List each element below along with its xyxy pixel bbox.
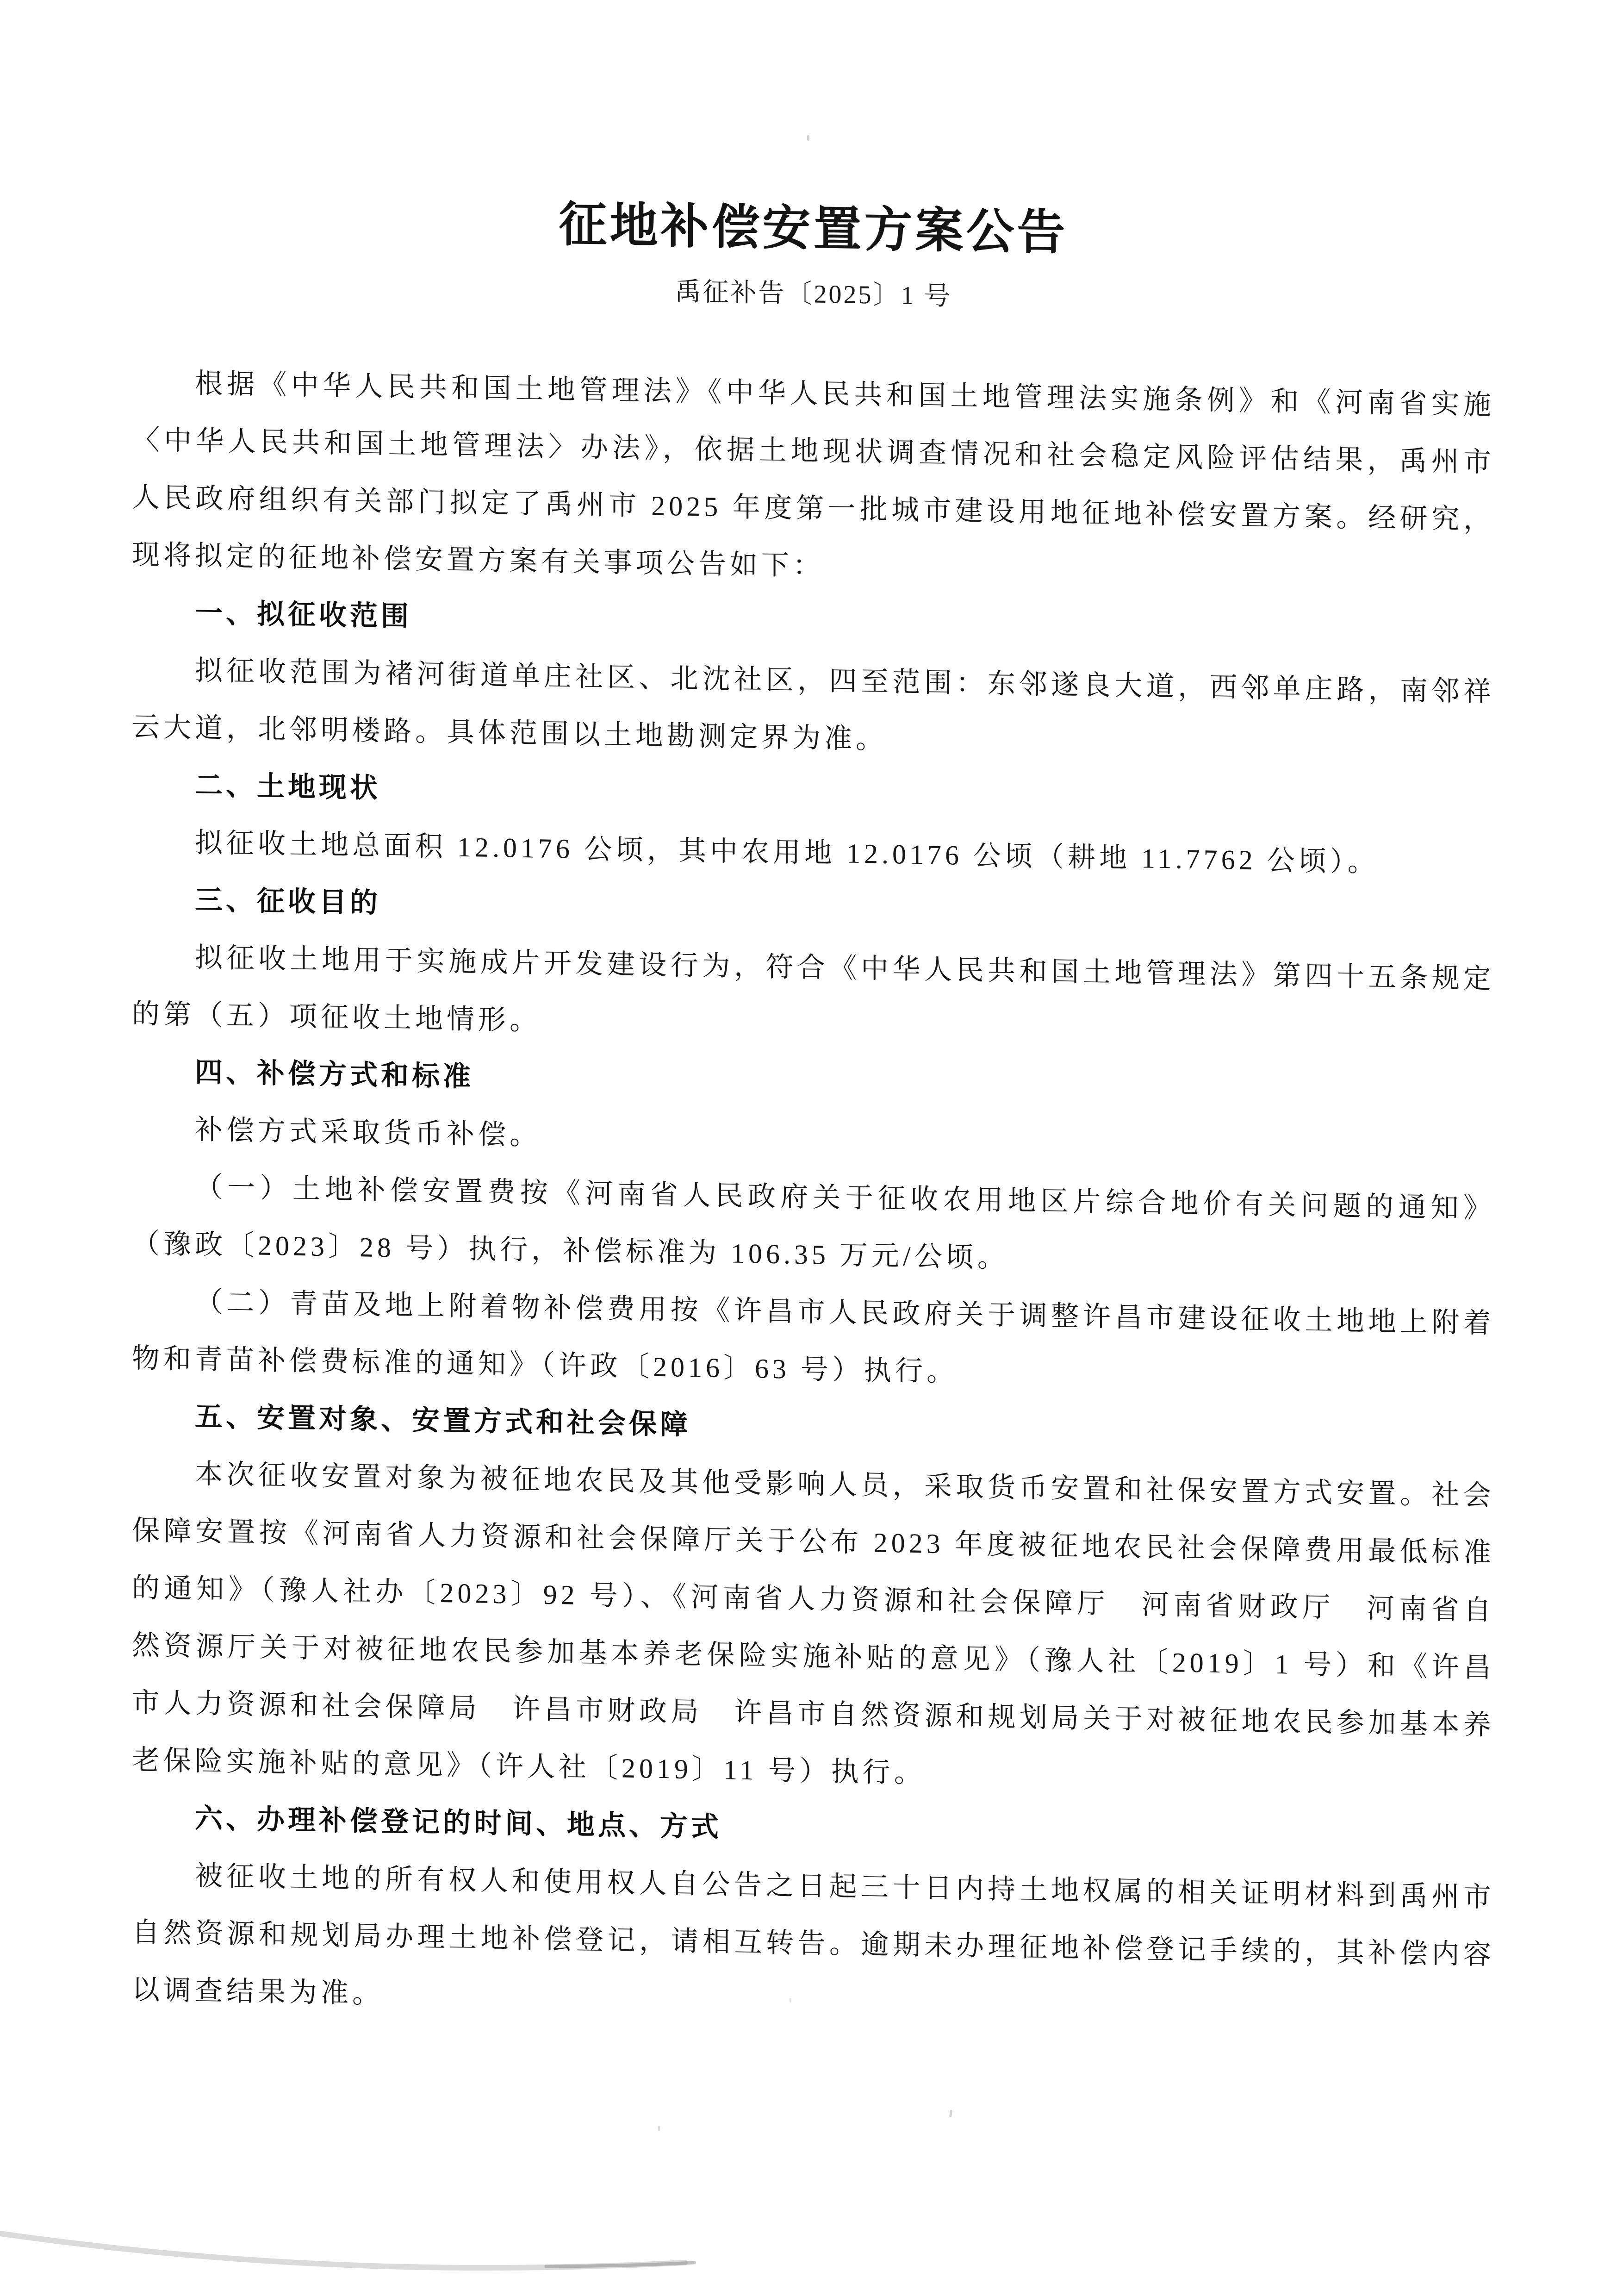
scanned-document-page: { "colors": { "background": "#ffffff", "… [0, 0, 1623, 2296]
document-title: 征地补偿安置方案公告 [132, 186, 1495, 273]
body-paragraph-comp-item1: （一）土地补偿安置费按《河南省人民政府关于征收农用地区片综合地价有关问题的通知》… [132, 1157, 1495, 1295]
document-number: 禹征补告〔2025〕1 号 [132, 266, 1495, 323]
body-paragraph-scope: 拟征收范围为褚河街道单庄社区、北沈社区，四至范围：东邻遂良大道，西邻单庄路，南邻… [132, 641, 1495, 778]
document-content: 征地补偿安置方案公告 禹征补告〔2025〕1 号 根据《中华人民共和国土地管理法… [132, 186, 1495, 2041]
paper-sheet: 征地补偿安置方案公告 禹征补告〔2025〕1 号 根据《中华人民共和国土地管理法… [0, 0, 1623, 2296]
document-body: 根据《中华人民共和国土地管理法》《中华人民共和国土地管理法实施条例》和《河南省实… [132, 354, 1495, 2041]
scan-speck-artifact [790, 1998, 791, 2003]
scan-streak-artifact [0, 2208, 787, 2291]
body-paragraph-registration: 被征收土地的所有权人和使用权人自公告之日起三十日内持土地权属的相关证明材料到禹州… [132, 1846, 1495, 2041]
body-paragraph-resettlement: 本次征收安置对象为被征地农民及其他受影响人员，采取货币安置和社保安置方式安置。社… [132, 1444, 1495, 1811]
body-paragraph-purpose: 拟征收土地用于实施成片开发建设行为，符合《中华人民共和国土地管理法》第四十五条规… [132, 928, 1495, 1065]
scan-speck-artifact [807, 135, 809, 141]
body-paragraph-comp-item2: （二）青苗及地上附着物补偿费用按《许昌市人民政府关于调整许昌市建设征收土地地上附… [132, 1272, 1495, 1410]
scan-speck-artifact [658, 2126, 660, 2131]
body-paragraph-intro: 根据《中华人民共和国土地管理法》《中华人民共和国土地管理法实施条例》和《河南省实… [132, 354, 1495, 606]
scan-speck-artifact [949, 2110, 952, 2118]
